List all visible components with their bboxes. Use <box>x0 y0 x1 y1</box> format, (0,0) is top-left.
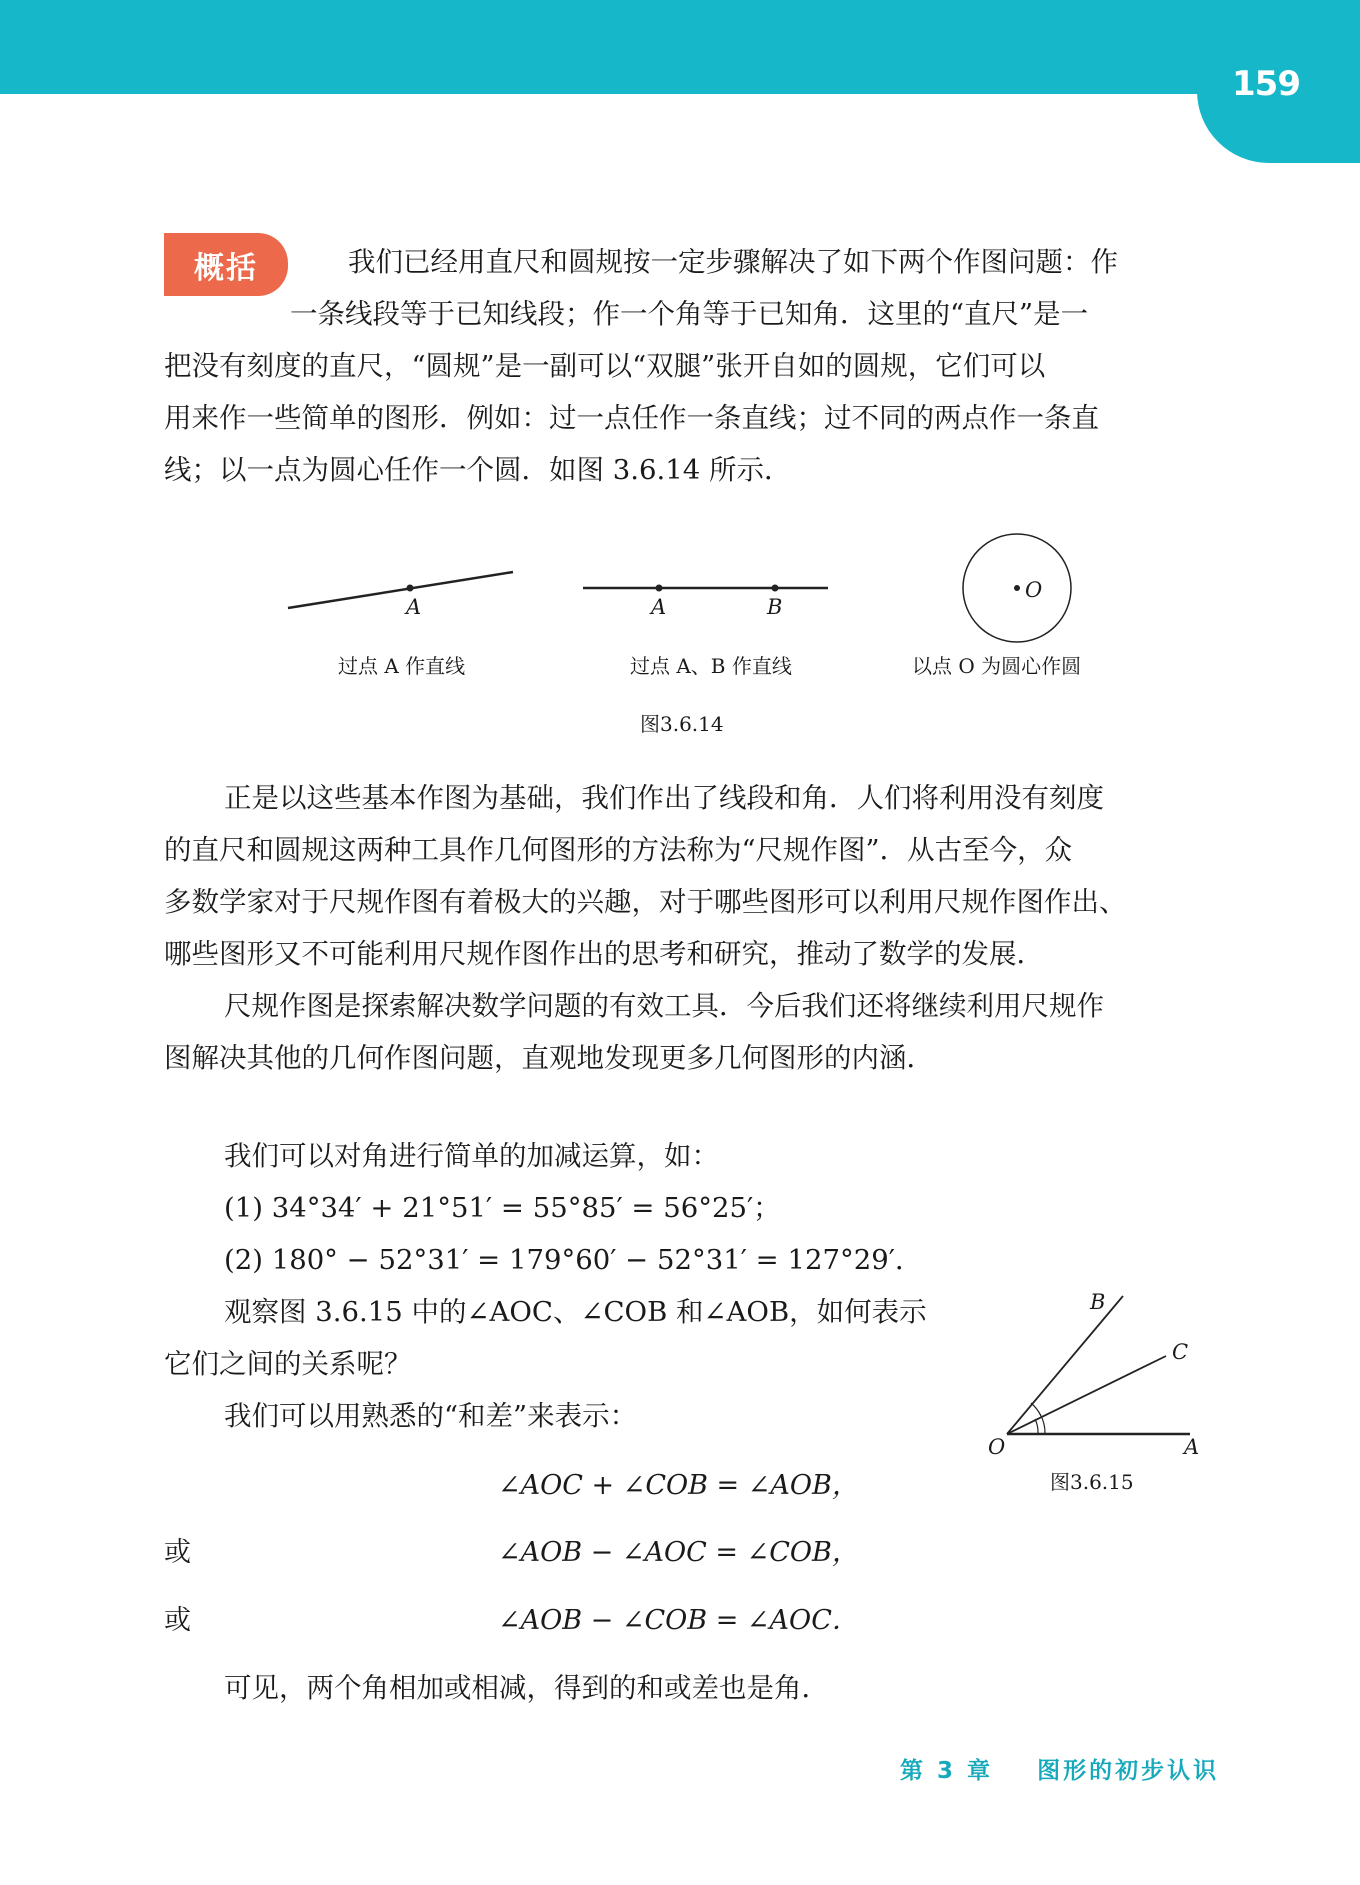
panel-caption: 过点 A、B 作直线 <box>630 650 792 679</box>
equation-2: ∠AOB − ∠AOC = ∠COB， <box>498 1530 859 1569</box>
label-c: C <box>1172 1340 1188 1364</box>
text-line: 的直尺和圆规这两种工具作几何图形的方法称为“尺规作图”．从古至今，众 <box>164 824 1198 876</box>
summary-paragraph: 我们已经用直尺和圆规按一定步骤解决了如下两个作图问题：作 一条线段等于已知线段；… <box>164 236 1198 496</box>
label-a: A <box>1184 1435 1199 1459</box>
text-line: 把没有刻度的直尺，“圆规”是一副可以“双腿”张开自如的圆规，它们可以 <box>164 340 1198 392</box>
chapter-title: 图形的初步认识 <box>1037 1758 1219 1784</box>
text-line: 一条线段等于已知线段；作一个角等于已知角．这里的“直尺”是一 <box>164 288 1198 340</box>
label-o: O <box>988 1435 1005 1459</box>
page-number: 159 <box>1232 64 1300 104</box>
example-1: (1) 34°34′ + 21°51′ = 55°85′ = 56°25′； <box>164 1182 1198 1234</box>
panel-caption: 过点 A 作直线 <box>338 650 465 679</box>
point-label-a: A <box>406 595 421 619</box>
or-label: 或 <box>164 1530 191 1569</box>
panel-caption: 以点 O 为圆心作圆 <box>912 650 1081 679</box>
label-b: B <box>1090 1290 1105 1314</box>
equation-3: ∠AOB − ∠COB = ∠AOC． <box>498 1598 859 1637</box>
text-line: 哪些图形又不可能利用尺规作图作出的思考和研究，推动了数学的发展． <box>164 928 1198 980</box>
text-line: 线；以一点为圆心任作一个圆．如图 3.6.14 所示． <box>164 444 1198 496</box>
text-line: 图解决其他的几何作图问题，直观地发现更多几何图形的内涵． <box>164 1032 1198 1084</box>
header-bar <box>0 0 1360 94</box>
text-line: 用来作一些简单的图形．例如：过一点任作一条直线；过不同的两点作一条直 <box>164 392 1198 444</box>
figure-caption: 图3.6.14 <box>640 708 724 737</box>
equation-1: ∠AOC + ∠COB = ∠AOB， <box>498 1463 859 1502</box>
point-label-o: O <box>1025 578 1042 602</box>
text-line: 多数学家对于尺规作图有着极大的兴趣，对于哪些图形可以利用尺规作图作出、 <box>164 876 1198 928</box>
text-line: 我们已经用直尺和圆规按一定步骤解决了如下两个作图问题：作 <box>164 236 1198 288</box>
chapter-number: 第 3 章 <box>900 1758 993 1784</box>
figure-caption: 图3.6.15 <box>1050 1466 1134 1495</box>
text-line: 我们可以对角进行简单的加减运算，如： <box>164 1130 1198 1182</box>
point-label-a: A <box>651 595 666 619</box>
example-2: (2) 180° − 52°31′ = 179°60′ − 52°31′ = 1… <box>164 1234 1198 1286</box>
body-paragraph-1: 正是以这些基本作图为基础，我们作出了线段和角．人们将利用没有刻度 的直尺和圆规这… <box>164 772 1198 1084</box>
point-label-b: B <box>767 595 782 619</box>
conclusion: 可见，两个角相加或相减，得到的和或差也是角． <box>164 1662 1198 1714</box>
text-line: 正是以这些基本作图为基础，我们作出了线段和角．人们将利用没有刻度 <box>164 772 1198 824</box>
text-line: 可见，两个角相加或相减，得到的和或差也是角． <box>164 1662 1198 1714</box>
or-label: 或 <box>164 1598 191 1637</box>
chapter-footer: 第 3 章 图形的初步认识 <box>900 1752 1219 1785</box>
text-line: 尺规作图是探索解决数学问题的有效工具．今后我们还将继续利用尺规作 <box>164 980 1198 1032</box>
